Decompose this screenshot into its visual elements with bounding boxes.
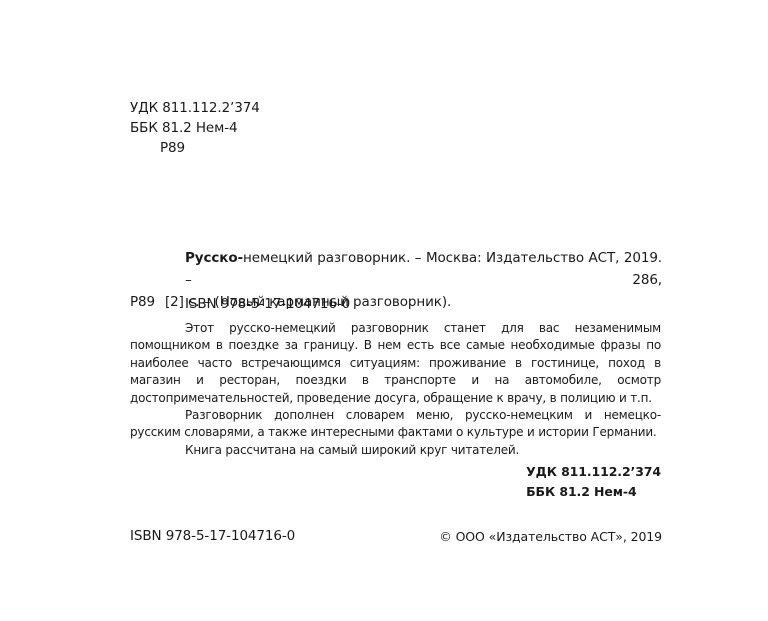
biblio-author-mark: Р89 (130, 291, 155, 313)
isbn-footer: ISBN 978-5-17-104716-0 (130, 527, 295, 545)
annotation: Этот русско-немецкий разговорник станет … (130, 320, 661, 459)
udk-code: УДК 811.112.2’374 (130, 98, 260, 118)
title-bold: Русско- (185, 250, 243, 266)
title-rest: немецкий разговорник. – Москва: Издатель… (185, 250, 662, 288)
annotation-paragraph-2: Разговорник дополнен словарем меню, русс… (130, 407, 661, 442)
copyright-notice: © ООО «Издательство АСТ», 2019 (439, 528, 662, 546)
annotation-paragraph-1: Этот русско-немецкий разговорник станет … (130, 320, 661, 407)
annotation-paragraph-3: Книга рассчитана на самый широкий круг ч… (130, 442, 661, 459)
imprint-page: УДК 811.112.2’374 ББК 81.2 Нем-4 Р89 Рус… (0, 0, 768, 621)
classification-codes-bottom: УДК 811.112.2’374 ББК 81.2 Нем-4 (526, 462, 661, 502)
bbk-code: ББК 81.2 Нем-4 (130, 118, 260, 138)
author-mark: Р89 (130, 138, 260, 158)
bbk-code-bold: ББК 81.2 Нем-4 (526, 482, 661, 502)
classification-codes-top: УДК 811.112.2’374 ББК 81.2 Нем-4 Р89 (130, 98, 260, 158)
isbn-record: ISBN 978-5-17-104716-0 (185, 295, 350, 313)
biblio-line-1: Русско-немецкий разговорник. – Москва: И… (130, 247, 662, 291)
udk-code-bold: УДК 811.112.2’374 (526, 462, 661, 482)
